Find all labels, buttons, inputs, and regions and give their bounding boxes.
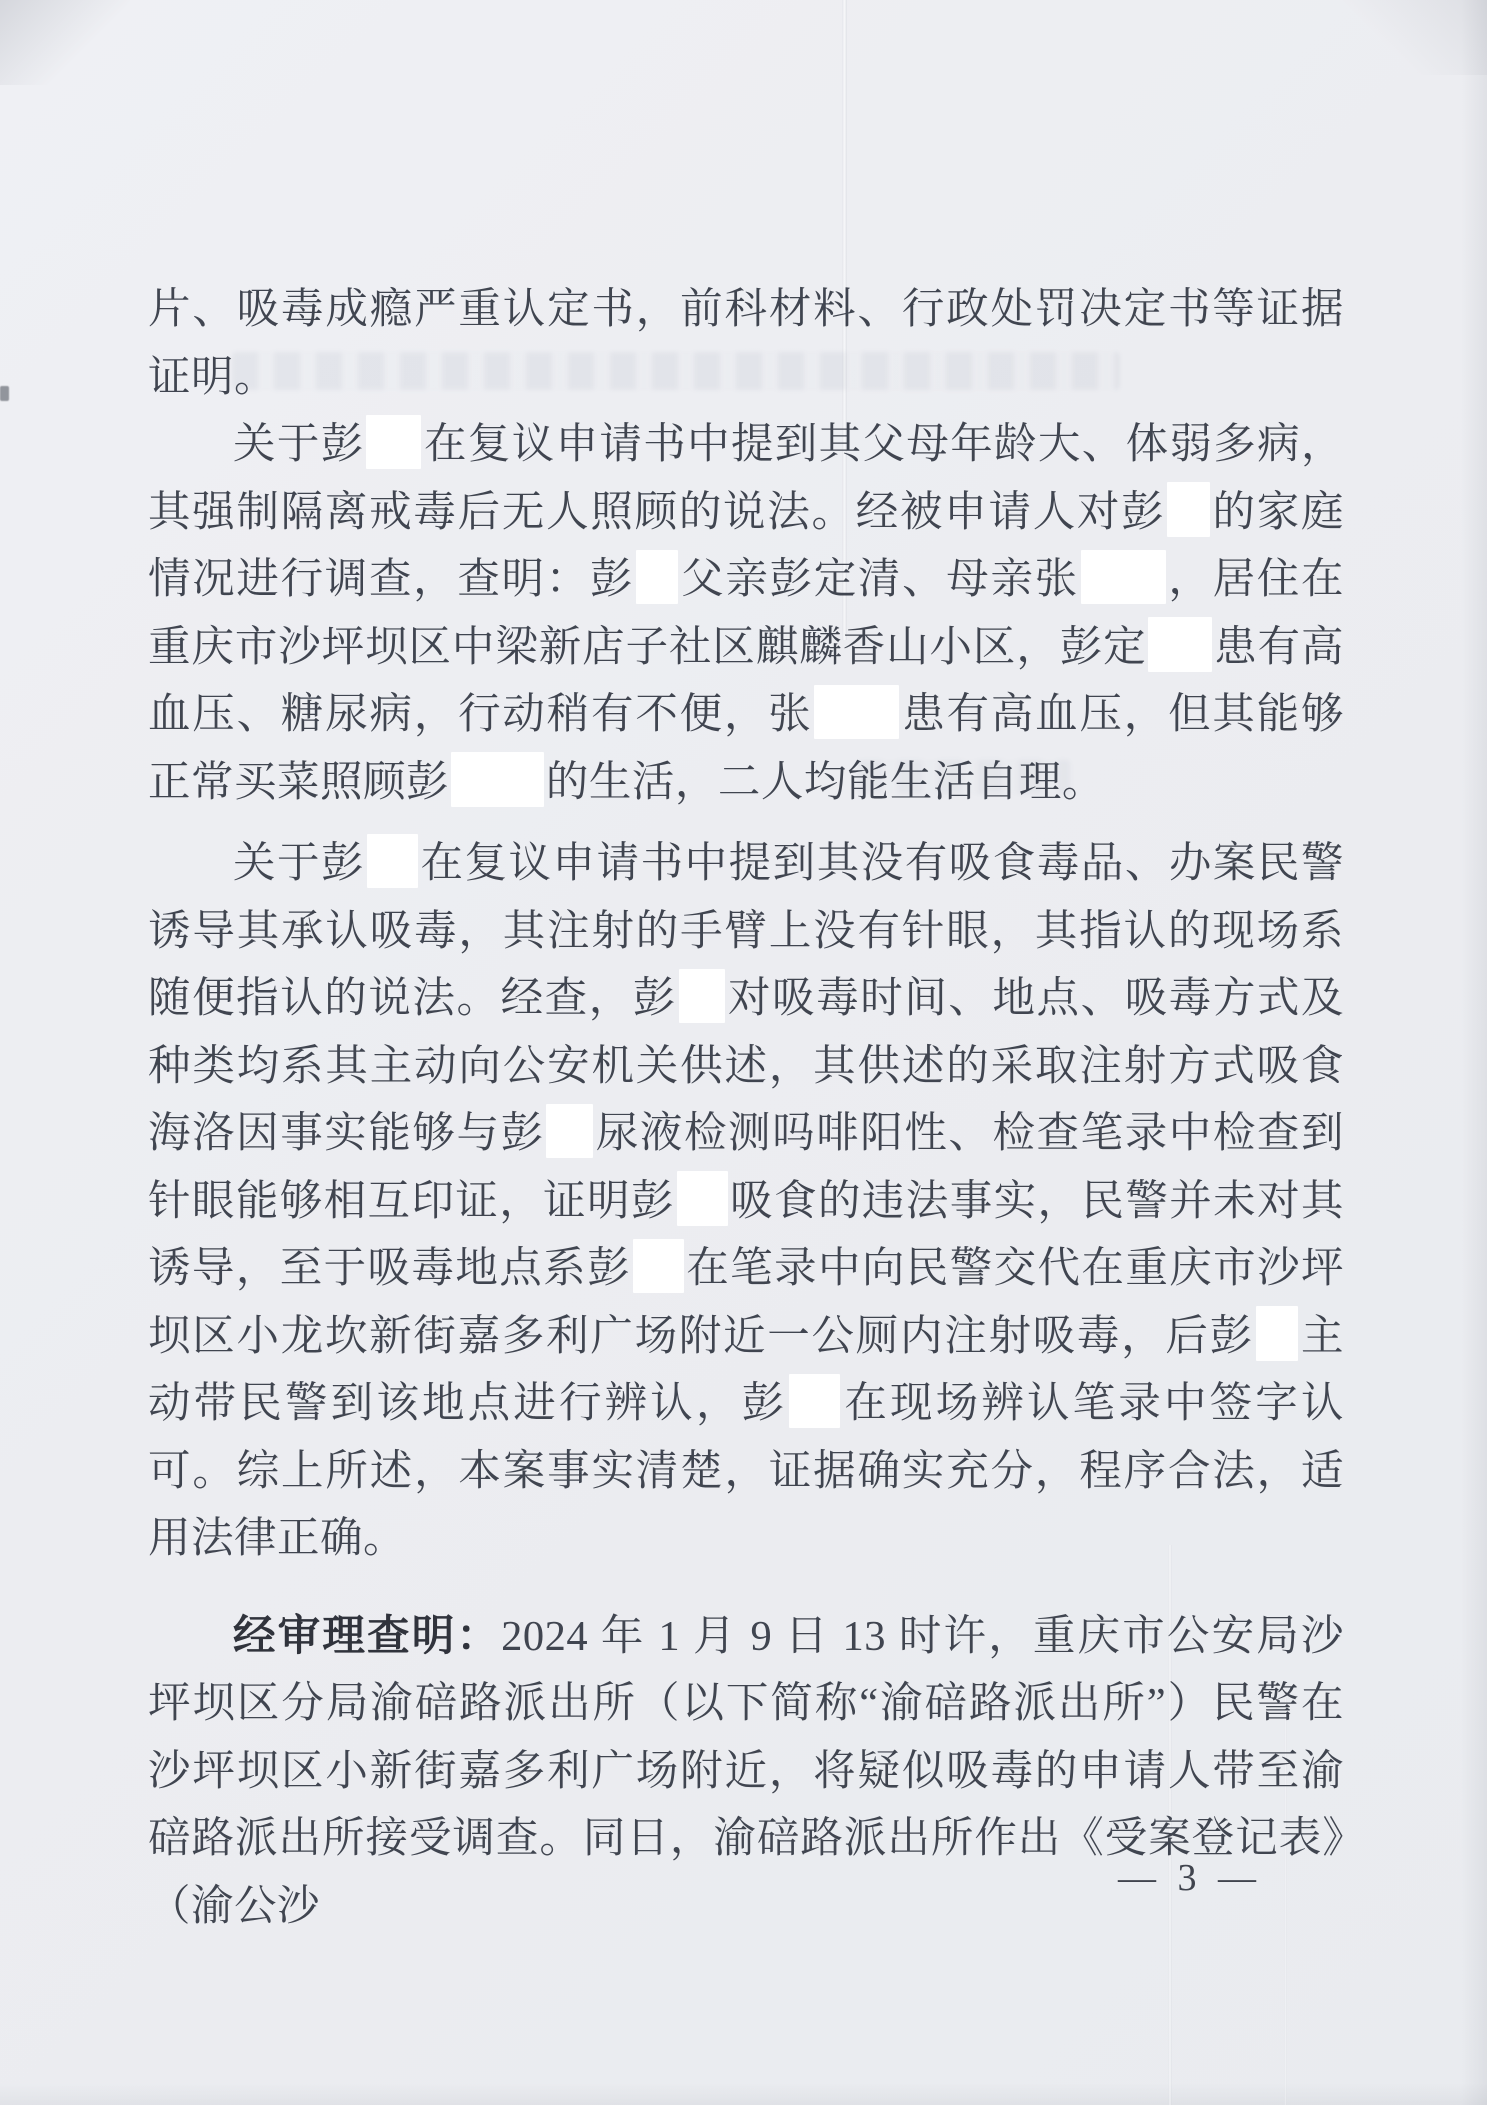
scan-edge-shadow <box>1461 0 1487 2105</box>
text-run: 片、吸毒成瘾严重认定书，前科材料、行政处罚决定书等证据证明。 <box>148 286 1344 401</box>
redaction-box <box>636 550 679 604</box>
redaction-box <box>789 1374 840 1428</box>
redaction-box <box>633 1239 684 1293</box>
document-text: 片、吸毒成瘾严重认定书，前科材料、行政处罚决定书等证据证明。关于彭在复议申请书中… <box>148 276 1344 1940</box>
redaction-box <box>679 969 726 1023</box>
paragraph: 关于彭在复议申请书中提到其父母年龄大、体弱多病，其强制隔离戒毒后无人照顾的说法。… <box>148 411 1344 816</box>
text-run: 关于彭 <box>233 421 365 468</box>
text-run: 的生活，二人均能生活自理。 <box>546 759 1105 806</box>
text-run: 关于彭 <box>233 840 365 887</box>
scan-speck <box>0 386 9 401</box>
redaction-box <box>451 752 545 806</box>
bold-text-run: 经审理查明： <box>233 1613 501 1660</box>
redaction-box <box>1081 550 1166 604</box>
redaction-box <box>1256 1306 1299 1360</box>
redaction-box <box>814 685 899 739</box>
paragraph: 关于彭在复议申请书中提到其没有吸食毒品、办案民警诱导其承认吸毒，其注射的手臂上没… <box>148 830 1344 1573</box>
redaction-box <box>366 415 421 469</box>
redaction-box <box>677 1171 728 1225</box>
text-run: 父亲彭定清、母亲张 <box>680 556 1079 603</box>
page-number: — 3 — <box>1118 1856 1288 1900</box>
scan-edge-shadow <box>0 2083 1487 2105</box>
redaction-box <box>367 834 418 888</box>
redaction-box <box>546 1104 593 1158</box>
redaction-box <box>1167 482 1210 536</box>
redaction-box <box>1148 617 1212 671</box>
paragraph: 片、吸毒成瘾严重认定书，前科材料、行政处罚决定书等证据证明。 <box>148 276 1344 411</box>
scan-corner-shadow <box>0 0 130 85</box>
